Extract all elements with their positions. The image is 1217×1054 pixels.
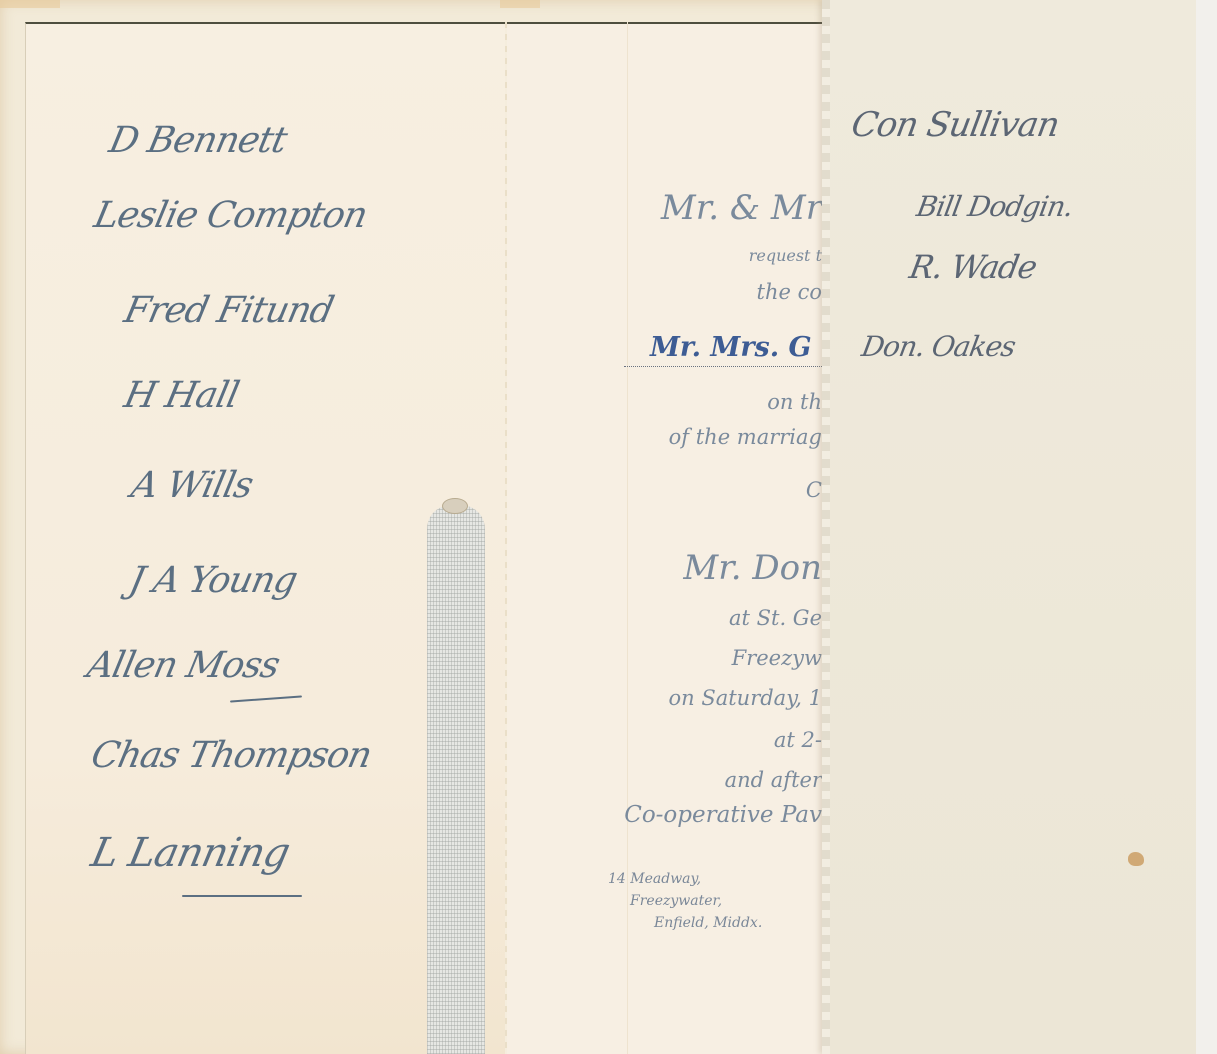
autograph: Fred Fitund: [121, 290, 337, 331]
autograph: Con Sullivan: [848, 105, 1061, 145]
autograph: D Bennett: [106, 120, 290, 161]
address-line: 14 Meadway,: [608, 868, 762, 890]
address-line: Enfield, Middx.: [608, 912, 762, 934]
autograph-underline: [182, 895, 302, 897]
autograph: Allen Moss: [84, 645, 283, 686]
autograph: Don. Oakes: [859, 330, 1018, 363]
ribbon-knot: [442, 498, 468, 514]
invite-line: at St. Ge: [729, 606, 822, 630]
address-line: Freezywater,: [608, 890, 762, 912]
guest-name-handwritten: Mr. Mrs. G: [650, 332, 812, 363]
sender-address: 14 Meadway, Freezywater, Enfield, Middx.: [608, 868, 762, 934]
dotted-name-line: [624, 366, 822, 367]
autograph: Chas Thompson: [88, 735, 375, 776]
invite-line: at 2-: [774, 728, 822, 752]
age-stain: [0, 0, 60, 8]
autograph: Leslie Compton: [91, 195, 371, 236]
right-folded-flap: Con Sullivan Bill Dodgin. R. Wade Don. O…: [822, 0, 1196, 1054]
fold-crease: [505, 22, 507, 1054]
scan-background: [1196, 0, 1217, 1054]
invite-line: Freezyw: [732, 646, 822, 670]
age-stain: [500, 0, 540, 8]
invite-line: request t: [749, 246, 822, 265]
invite-line: Co-operative Pav: [624, 802, 822, 828]
invite-line: on th: [767, 390, 822, 414]
autograph: R. Wade: [907, 248, 1040, 286]
invite-line: C: [806, 478, 822, 502]
invite-line: the co: [757, 280, 822, 304]
invite-line: Mr. Don: [683, 548, 822, 588]
age-stain: [1128, 852, 1144, 866]
ribbon: [427, 505, 485, 1054]
invite-line: and after: [725, 768, 822, 792]
autograph: Bill Dodgin.: [914, 190, 1075, 223]
autograph: A Wills: [128, 465, 257, 506]
autograph: L Lanning: [87, 830, 293, 876]
invite-line: on Saturday, 1: [668, 686, 822, 710]
invite-line: Mr. & Mr: [661, 188, 822, 228]
invite-line: of the marriag: [669, 425, 822, 449]
autograph: J A Young: [126, 560, 301, 601]
autograph: H Hall: [121, 375, 242, 416]
